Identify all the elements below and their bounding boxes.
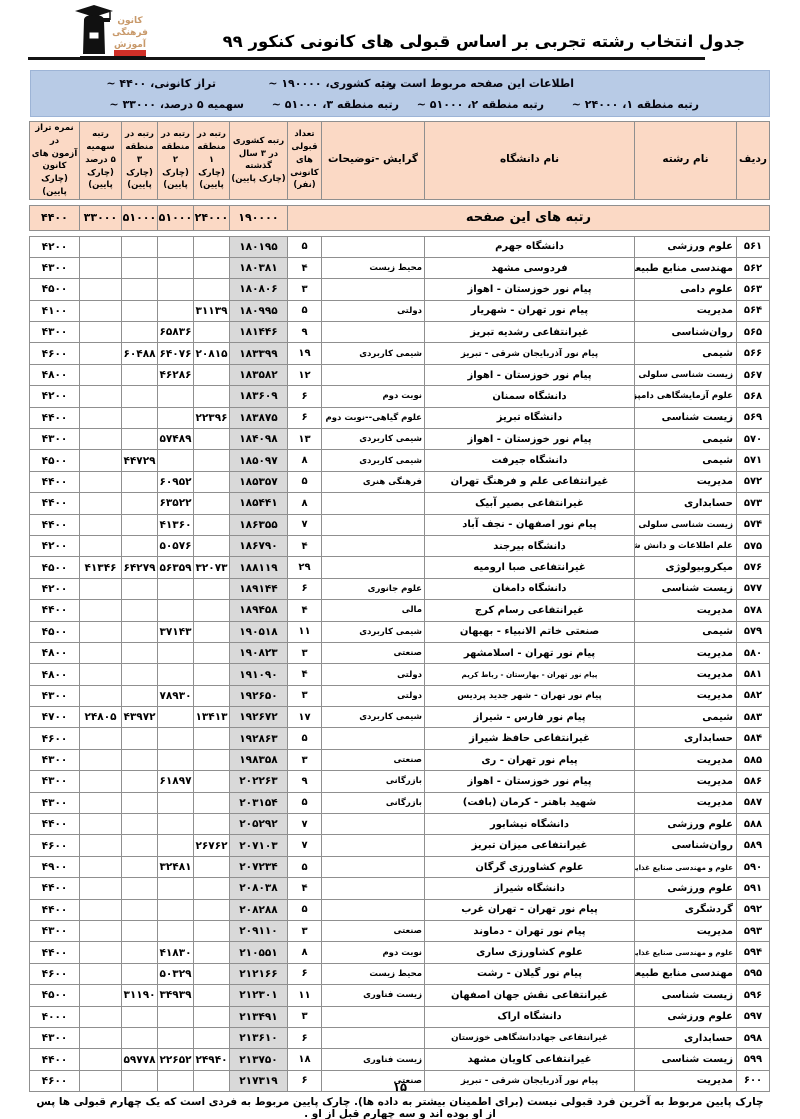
cell-university: پیام نور فارس - شیراز [425, 707, 635, 728]
cell-region1-rank [194, 386, 230, 407]
cell-region1-rank [194, 856, 230, 877]
cell-kanoon-score: ۴۱۰۰ [30, 300, 80, 321]
cell-field: میکروبیولوژی [635, 557, 737, 578]
cell-university: غیرانتفاعی کاویان مشهد [425, 1049, 635, 1070]
cell-kanoon-score: ۴۶۰۰ [30, 728, 80, 749]
cell-notes: علوم جانوری [322, 578, 425, 599]
cell-region1-rank [194, 749, 230, 770]
cell-country-rank: ۲۱۰۵۵۱ [230, 942, 288, 963]
cell-country-rank: ۱۸۵۳۵۷ [230, 471, 288, 492]
cell-admit-count: ۳ [288, 749, 322, 770]
cell-field: حسابداری [635, 493, 737, 514]
cell-region2-rank [158, 600, 194, 621]
cell-country-rank: ۲۰۲۲۶۳ [230, 771, 288, 792]
cell-kanoon-score: ۴۵۰۰ [30, 985, 80, 1006]
cell-field: علوم آزمایشگاهی دامپزشکی [635, 386, 737, 407]
cell-region1-rank [194, 1027, 230, 1048]
cell-kanoon-score: ۴۴۰۰ [30, 471, 80, 492]
cell-university: دانشگاه جیرفت [425, 450, 635, 471]
cell-field: شیمی [635, 621, 737, 642]
graduate-icon: کانون فرهنگی آموزش [72, 4, 156, 62]
cell-region2-rank [158, 642, 194, 663]
table-row: ۵۸۸علوم ورزشیدانشگاه نیشابور۷۲۰۵۲۹۲۴۴۰۰ [30, 814, 770, 835]
cell-university: پیام نور تهران - اسلامشهر [425, 642, 635, 663]
cell-rank: ۵۶۷ [737, 364, 770, 385]
table-row: ۵۶۱علوم ورزشیدانشگاه جهرم۵۱۸۰۱۹۵۴۲۰۰ [30, 236, 770, 257]
table-row: ۵۸۵مدیریتپیام نور تهران - ریصنعتی۳۱۹۸۳۵۸… [30, 749, 770, 770]
cell-region3-rank [122, 600, 158, 621]
cell-country-rank: ۱۸۹۴۵۸ [230, 600, 288, 621]
cell-region3-rank [122, 279, 158, 300]
cell-field: مدیریت [635, 685, 737, 706]
cell-field: زیست شناسی [635, 1049, 737, 1070]
cell-admit-count: ۴ [288, 600, 322, 621]
cell-rank: ۵۶۸ [737, 386, 770, 407]
cell-quota5-rank [80, 407, 122, 428]
cell-notes [322, 835, 425, 856]
cell-notes: دولتی [322, 300, 425, 321]
summary-label: رتبه های این صفحه [287, 205, 769, 230]
col-quota5-rank: رتبه سهمیه ۵ درصد (چارک پایین) [80, 122, 122, 200]
page: کانون فرهنگی آموزش جدول انتخاب رشته تجرب… [0, 0, 800, 1119]
cell-admit-count: ۹ [288, 771, 322, 792]
table-row: ۵۹۷علوم ورزشیدانشگاه اراک۳۲۱۳۴۹۱۴۰۰۰ [30, 1006, 770, 1027]
cell-notes [322, 1027, 425, 1048]
cell-kanoon-score: ۴۲۰۰ [30, 386, 80, 407]
table-row: ۵۹۶زیست شناسیغیرانتفاعی نقش جهان اصفهانز… [30, 985, 770, 1006]
cell-region2-rank: ۵۰۳۲۹ [158, 963, 194, 984]
cell-quota5-rank [80, 343, 122, 364]
cell-admit-count: ۵ [288, 728, 322, 749]
cell-notes [322, 322, 425, 343]
cell-admit-count: ۵ [288, 856, 322, 877]
cell-rank: ۵۸۲ [737, 685, 770, 706]
table-row: ۵۹۴علوم و مهندسی صنایع غذایی (کشاورزی)عل… [30, 942, 770, 963]
info-region1-rank: رتبه منطقه ۱، ۲۴۰۰۰ ~ [572, 98, 699, 111]
cell-region3-rank [122, 921, 158, 942]
cell-region1-rank [194, 771, 230, 792]
cell-quota5-rank [80, 429, 122, 450]
table-row: ۵۹۰علوم و مهندسی صنایع غذایی (کشاورزی)عل… [30, 856, 770, 877]
cell-region3-rank [122, 642, 158, 663]
table-row: ۵۸۹روان‌شناسیغیرانتفاعی میزان تبریز۷۲۰۷۱… [30, 835, 770, 856]
cell-admit-count: ۶ [288, 1027, 322, 1048]
cell-rank: ۵۶۵ [737, 322, 770, 343]
cell-quota5-rank [80, 236, 122, 257]
cell-kanoon-score: ۴۳۰۰ [30, 792, 80, 813]
cell-kanoon-score: ۴۴۰۰ [30, 1049, 80, 1070]
cell-notes [322, 557, 425, 578]
cell-region3-rank [122, 856, 158, 877]
cell-region2-rank: ۶۴۰۷۶ [158, 343, 194, 364]
cell-region3-rank [122, 942, 158, 963]
cell-notes: فرهنگی هنری [322, 471, 425, 492]
cell-country-rank: ۱۸۵۴۴۱ [230, 493, 288, 514]
cell-admit-count: ۶ [288, 963, 322, 984]
cell-field: علوم ورزشی [635, 236, 737, 257]
cell-kanoon-score: ۴۵۰۰ [30, 557, 80, 578]
cell-country-rank: ۱۹۰۵۱۸ [230, 621, 288, 642]
cell-university: پیام نور خوزستان - اهواز [425, 429, 635, 450]
info-kanoon-score: تراز کانونی، ۴۴۰۰ ~ [106, 77, 216, 90]
cell-university: غیرانتفاعی صبا ارومیه [425, 557, 635, 578]
cell-rank: ۵۷۳ [737, 493, 770, 514]
cell-region1-rank [194, 236, 230, 257]
cell-region3-rank: ۴۳۹۷۲ [122, 707, 158, 728]
cell-quota5-rank [80, 621, 122, 642]
table-row: ۵۶۳علوم دامیپیام نور خوزستان - اهواز۳۱۸۰… [30, 279, 770, 300]
cell-field: روان‌شناسی [635, 322, 737, 343]
cell-quota5-rank [80, 578, 122, 599]
cell-university: غیرانتفاعی جهاددانشگاهی خوزستان [425, 1027, 635, 1048]
cell-kanoon-score: ۴۴۰۰ [30, 899, 80, 920]
cell-admit-count: ۱۷ [288, 707, 322, 728]
cell-region1-rank [194, 942, 230, 963]
cell-country-rank: ۱۹۲۶۷۲ [230, 707, 288, 728]
cell-region2-rank [158, 921, 194, 942]
cell-notes [322, 279, 425, 300]
cell-field: زیست شناسی [635, 407, 737, 428]
cell-field: زیست شناسی [635, 578, 737, 599]
cell-region2-rank [158, 707, 194, 728]
cell-region1-rank: ۳۲۰۷۳ [194, 557, 230, 578]
table-row: ۵۸۳شیمیپیام نور فارس - شیرازشیمی کاربردی… [30, 707, 770, 728]
cell-kanoon-score: ۴۶۰۰ [30, 835, 80, 856]
cell-field: مدیریت [635, 792, 737, 813]
cell-admit-count: ۱۱ [288, 985, 322, 1006]
cell-kanoon-score: ۴۳۰۰ [30, 257, 80, 278]
cell-admit-count: ۳ [288, 642, 322, 663]
table-row: ۵۹۵مهندسی منابع طبیعیپیام نور گیلان - رش… [30, 963, 770, 984]
cell-university: فردوسی مشهد [425, 257, 635, 278]
table-row: ۵۷۵علم اطلاعات و دانش شناسیدانشگاه بیرجن… [30, 535, 770, 556]
cell-quota5-rank [80, 899, 122, 920]
cell-region2-rank [158, 728, 194, 749]
cell-country-rank: ۱۸۰۸۰۶ [230, 279, 288, 300]
cell-field: مدیریت [635, 471, 737, 492]
cell-university: پیام نور تهران - ری [425, 749, 635, 770]
cell-region2-rank [158, 835, 194, 856]
cell-region2-rank: ۵۷۴۸۹ [158, 429, 194, 450]
cell-region2-rank: ۴۱۳۶۰ [158, 514, 194, 535]
cell-country-rank: ۲۰۳۱۵۴ [230, 792, 288, 813]
cell-quota5-rank [80, 728, 122, 749]
cell-rank: ۵۸۰ [737, 642, 770, 663]
cell-admit-count: ۸ [288, 493, 322, 514]
cell-country-rank: ۱۸۱۴۴۶ [230, 322, 288, 343]
col-kanoon-score: نمره تراز در آزمون های کانون (چارک پایین… [30, 122, 80, 200]
cell-notes: نوبت دوم [322, 942, 425, 963]
cell-kanoon-score: ۴۰۰۰ [30, 1006, 80, 1027]
cell-university: پیام نور خوزستان - اهواز [425, 279, 635, 300]
cell-kanoon-score: ۴۲۰۰ [30, 578, 80, 599]
summary-country-rank: ۱۹۰۰۰۰ [229, 205, 287, 230]
cell-quota5-rank [80, 771, 122, 792]
cell-admit-count: ۱۹ [288, 343, 322, 364]
cell-kanoon-score: ۴۶۰۰ [30, 963, 80, 984]
table-row: ۵۶۸علوم آزمایشگاهی دامپزشکیدانشگاه سمنان… [30, 386, 770, 407]
cell-admit-count: ۸ [288, 450, 322, 471]
cell-region3-rank [122, 1006, 158, 1027]
cell-notes: بازرگانی [322, 771, 425, 792]
cell-field: علوم ورزشی [635, 814, 737, 835]
info-region3-rank: رتبه منطقه ۳، ۵۱۰۰۰ ~ [272, 98, 399, 111]
cell-country-rank: ۲۱۲۱۶۶ [230, 963, 288, 984]
cell-admit-count: ۶ [288, 407, 322, 428]
cell-kanoon-score: ۴۲۰۰ [30, 535, 80, 556]
cell-university: غیرانتفاعی رسام کرج [425, 600, 635, 621]
cell-region1-rank [194, 322, 230, 343]
cell-university: پیام نور خوزستان - اهواز [425, 771, 635, 792]
cell-field: مدیریت [635, 771, 737, 792]
cell-admit-count: ۵ [288, 899, 322, 920]
cell-university: پیام نور تهران - تهران غرب [425, 899, 635, 920]
cell-quota5-rank [80, 257, 122, 278]
cell-notes [322, 856, 425, 877]
cell-quota5-rank [80, 792, 122, 813]
cell-admit-count: ۵ [288, 471, 322, 492]
table-row: ۵۶۷زیست شناسی سلولی مولکولیپیام نور خوزس… [30, 364, 770, 385]
cell-kanoon-score: ۴۴۰۰ [30, 942, 80, 963]
cell-country-rank: ۲۱۲۳۰۱ [230, 985, 288, 1006]
cell-country-rank: ۱۸۶۷۹۰ [230, 535, 288, 556]
cell-notes: محیط زیست [322, 963, 425, 984]
cell-region2-rank [158, 407, 194, 428]
cell-kanoon-score: ۴۷۰۰ [30, 707, 80, 728]
cell-university: غیرانتفاعی حافظ شیراز [425, 728, 635, 749]
cell-university: غیرانتفاعی بصیر آبیک [425, 493, 635, 514]
cell-admit-count: ۷ [288, 814, 322, 835]
cell-quota5-rank [80, 685, 122, 706]
cell-rank: ۵۸۶ [737, 771, 770, 792]
cell-region1-rank: ۲۴۹۴۰ [194, 1049, 230, 1070]
cell-region2-rank [158, 257, 194, 278]
cell-rank: ۵۶۱ [737, 236, 770, 257]
cell-region3-rank [122, 878, 158, 899]
cell-field: علم اطلاعات و دانش شناسی [635, 535, 737, 556]
cell-kanoon-score: ۴۸۰۰ [30, 364, 80, 385]
cell-region1-rank [194, 535, 230, 556]
cell-region1-rank [194, 600, 230, 621]
footnote: چارک پایین مربوط به آخرین فرد قبولی نیست… [30, 1096, 770, 1119]
table-row: ۵۸۴حسابداریغیرانتفاعی حافظ شیراز۵۱۹۲۸۶۳۴… [30, 728, 770, 749]
cell-field: مهندسی منابع طبیعی [635, 963, 737, 984]
cell-region1-rank [194, 257, 230, 278]
page-title: جدول انتخاب رشته تجربی بر اساس قبولی های… [223, 32, 745, 51]
cell-kanoon-score: ۴۳۰۰ [30, 429, 80, 450]
cell-field: مدیریت [635, 749, 737, 770]
cell-country-rank: ۱۸۰۱۹۵ [230, 236, 288, 257]
cell-admit-count: ۱۸ [288, 1049, 322, 1070]
cell-rank: ۵۷۶ [737, 557, 770, 578]
cell-region2-rank [158, 1027, 194, 1048]
cell-quota5-rank [80, 835, 122, 856]
cell-rank: ۵۷۵ [737, 535, 770, 556]
cell-field: زیست شناسی [635, 985, 737, 1006]
cell-country-rank: ۱۹۰۸۲۳ [230, 642, 288, 663]
table-row: ۵۶۲مهندسی منابع طبیعیفردوسی مشهدمحیط زیس… [30, 257, 770, 278]
cell-kanoon-score: ۴۴۰۰ [30, 407, 80, 428]
cell-region2-rank: ۷۸۹۳۰ [158, 685, 194, 706]
summary-kanoon-score: ۴۴۰۰ [29, 205, 79, 230]
cell-university: پیام نور تهران - شهر جدید پردیس [425, 685, 635, 706]
cell-region1-rank [194, 1006, 230, 1027]
cell-quota5-rank [80, 364, 122, 385]
cell-admit-count: ۱۳ [288, 429, 322, 450]
cell-field: شیمی [635, 343, 737, 364]
cell-admit-count: ۳ [288, 921, 322, 942]
cell-field: مدیریت [635, 664, 737, 685]
info-bar: اطلاعات این صفحه مربوط است به: رتبه کشور… [30, 70, 770, 117]
table-header: ردیف نام رشته نام دانشگاه گرایش -توضیحات… [29, 121, 770, 200]
cell-kanoon-score: ۴۵۰۰ [30, 279, 80, 300]
cell-notes: دولتی [322, 664, 425, 685]
cell-rank: ۵۸۴ [737, 728, 770, 749]
cell-region1-rank: ۱۳۴۱۳ [194, 707, 230, 728]
cell-university: غیرانتفاعی علم و فرهنگ تهران [425, 471, 635, 492]
table-row: ۵۸۱مدیریتپیام نور تهران - بهارستان - ربا… [30, 664, 770, 685]
table-row: ۵۸۰مدیریتپیام نور تهران - اسلامشهرصنعتی۳… [30, 642, 770, 663]
cell-kanoon-score: ۴۸۰۰ [30, 664, 80, 685]
cell-university: دانشگاه نیشابور [425, 814, 635, 835]
info-quota5-rank: سهمیه ۵ درصد، ۳۳۰۰۰ ~ [109, 98, 244, 111]
cell-notes: مالی [322, 600, 425, 621]
cell-rank: ۵۷۱ [737, 450, 770, 471]
cell-kanoon-score: ۴۴۰۰ [30, 814, 80, 835]
cell-university: پیام نور تهران - دماوند [425, 921, 635, 942]
cell-region1-rank [194, 429, 230, 450]
table-row: ۵۶۶شیمیپیام نور آذربایجان شرقی - تبریزشی… [30, 343, 770, 364]
cell-admit-count: ۳ [288, 279, 322, 300]
cell-country-rank: ۱۸۸۱۱۹ [230, 557, 288, 578]
cell-university: غیرانتفاعی رشدیه تبریز [425, 322, 635, 343]
cell-kanoon-score: ۴۳۰۰ [30, 685, 80, 706]
summary-region2-rank: ۵۱۰۰۰ [157, 205, 193, 230]
cell-university: دانشگاه دامغان [425, 578, 635, 599]
cell-admit-count: ۴ [288, 664, 322, 685]
cell-field: زیست شناسی سلولی مولکولی [635, 514, 737, 535]
cell-notes: زیست فناوری [322, 985, 425, 1006]
cell-quota5-rank [80, 856, 122, 877]
cell-university: علوم کشاورزی گرگان [425, 856, 635, 877]
cell-region3-rank: ۴۴۷۲۹ [122, 450, 158, 471]
cell-admit-count: ۴ [288, 878, 322, 899]
cell-region2-rank: ۲۲۶۵۲ [158, 1049, 194, 1070]
cell-rank: ۵۷۰ [737, 429, 770, 450]
cell-university: دانشگاه بیرجند [425, 535, 635, 556]
cell-quota5-rank [80, 642, 122, 663]
table-row: ۵۸۷مدیریتشهید باهنر - کرمان (بافت)بازرگا… [30, 792, 770, 813]
cell-rank: ۵۹۴ [737, 942, 770, 963]
cell-field: مدیریت [635, 300, 737, 321]
cell-admit-count: ۱۲ [288, 364, 322, 385]
cell-university: شهید باهنر - کرمان (بافت) [425, 792, 635, 813]
cell-country-rank: ۲۱۳۴۹۱ [230, 1006, 288, 1027]
cell-region1-rank [194, 621, 230, 642]
logo-red-band [114, 50, 146, 56]
cell-rank: ۵۷۷ [737, 578, 770, 599]
cell-field: علوم ورزشی [635, 1006, 737, 1027]
cell-region2-rank: ۴۱۸۳۰ [158, 942, 194, 963]
col-rank: ردیف [737, 122, 770, 200]
cell-rank: ۵۷۸ [737, 600, 770, 621]
table-row: ۵۸۶مدیریتپیام نور خوزستان - اهوازبازرگان… [30, 771, 770, 792]
cell-field: مهندسی منابع طبیعی [635, 257, 737, 278]
cell-notes [322, 535, 425, 556]
cell-country-rank: ۲۰۷۲۳۴ [230, 856, 288, 877]
cell-quota5-rank [80, 493, 122, 514]
cell-quota5-rank: ۲۴۸۰۵ [80, 707, 122, 728]
cell-admit-count: ۶ [288, 386, 322, 407]
cell-field: علوم دامی [635, 279, 737, 300]
table-row: ۵۹۹زیست شناسیغیرانتفاعی کاویان مشهدزیست … [30, 1049, 770, 1070]
cell-field: علوم و مهندسی صنایع غذایی (کشاورزی) [635, 856, 737, 877]
table-row: ۵۷۴زیست شناسی سلولی مولکولیپیام نور اصفه… [30, 514, 770, 535]
cell-university: پیام نور تهران - بهارستان - رباط کریم [425, 664, 635, 685]
cell-kanoon-score: ۴۴۰۰ [30, 878, 80, 899]
cell-rank: ۵۷۲ [737, 471, 770, 492]
cell-notes [322, 814, 425, 835]
table-row: ۵۷۰شیمیپیام نور خوزستان - اهوازشیمی کارب… [30, 429, 770, 450]
table-row: ۵۹۸حسابداریغیرانتفاعی جهاددانشگاهی خوزست… [30, 1027, 770, 1048]
cell-notes: شیمی کاربردی [322, 707, 425, 728]
cell-region3-rank [122, 899, 158, 920]
col-country-rank: رتبه کشوری در ۳ سال گذشته (چارک پایین) [230, 122, 288, 200]
cell-kanoon-score: ۴۴۰۰ [30, 493, 80, 514]
table-row: ۵۸۲مدیریتپیام نور تهران - شهر جدید پردیس… [30, 685, 770, 706]
cell-region1-rank [194, 642, 230, 663]
cell-university: پیام نور تهران - شهریار [425, 300, 635, 321]
cell-quota5-rank [80, 471, 122, 492]
logo-word-1: کانون [117, 16, 143, 26]
cell-rank: ۵۸۹ [737, 835, 770, 856]
cell-region3-rank [122, 621, 158, 642]
cell-region1-rank [194, 899, 230, 920]
cell-country-rank: ۲۱۳۶۱۰ [230, 1027, 288, 1048]
cell-region1-rank [194, 921, 230, 942]
cell-rank: ۵۶۳ [737, 279, 770, 300]
table-row: ۵۷۱شیمیدانشگاه جیرفتشیمی کاربردی۸۱۸۵۰۹۷۴… [30, 450, 770, 471]
cell-region1-rank: ۲۰۸۱۵ [194, 343, 230, 364]
cell-field: روان‌شناسی [635, 835, 737, 856]
cell-notes [322, 364, 425, 385]
cell-region3-rank [122, 493, 158, 514]
cell-notes [322, 878, 425, 899]
cell-notes [322, 899, 425, 920]
cell-rank: ۵۸۳ [737, 707, 770, 728]
cell-region1-rank [194, 364, 230, 385]
table-row: ۵۷۳حسابداریغیرانتفاعی بصیر آبیک۸۱۸۵۴۴۱۶۳… [30, 493, 770, 514]
cell-field: مدیریت [635, 921, 737, 942]
cell-country-rank: ۱۹۲۸۶۳ [230, 728, 288, 749]
cell-notes [322, 236, 425, 257]
cell-quota5-rank [80, 1006, 122, 1027]
table-row: ۵۷۷زیست شناسیدانشگاه دامغانعلوم جانوری۶۱… [30, 578, 770, 599]
cell-university: پیام نور اصفهان - نجف آباد [425, 514, 635, 535]
cell-region1-rank [194, 685, 230, 706]
summary-region1-rank: ۲۴۰۰۰ [193, 205, 229, 230]
cell-notes: صنعتی [322, 921, 425, 942]
cell-region3-rank [122, 429, 158, 450]
cell-region3-rank [122, 749, 158, 770]
cell-rank: ۵۹۸ [737, 1027, 770, 1048]
cell-region2-rank [158, 792, 194, 813]
cell-region2-rank: ۶۰۹۵۲ [158, 471, 194, 492]
cell-rank: ۵۹۰ [737, 856, 770, 877]
col-field: نام رشته [635, 122, 737, 200]
cell-rank: ۵۶۲ [737, 257, 770, 278]
cell-country-rank: ۱۸۰۳۸۱ [230, 257, 288, 278]
